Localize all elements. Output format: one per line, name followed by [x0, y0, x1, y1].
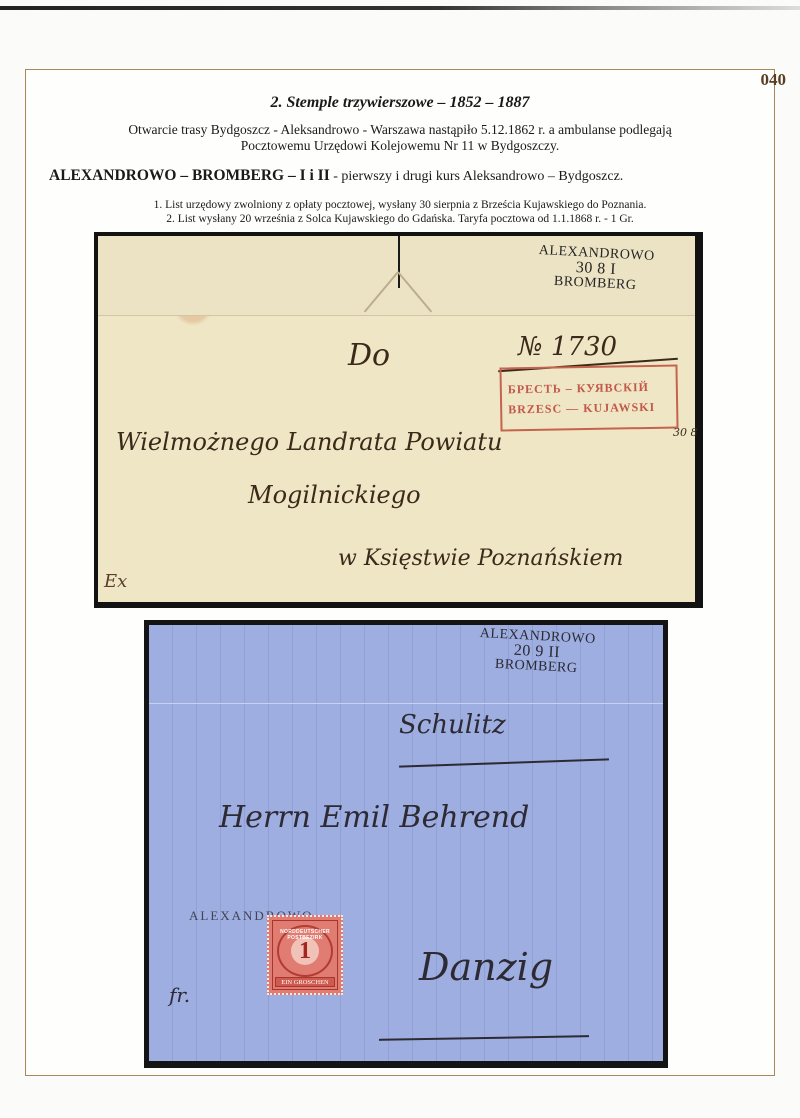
route-description: - pierwszy i drugi kurs Aleksandrowo – B… — [330, 169, 624, 184]
handwritten-origin: Schulitz — [399, 710, 506, 740]
stamp-ring: NORDDEUTSCHER POSTBEZIRK 1 — [277, 925, 333, 977]
handwritten-do: Do — [348, 338, 390, 373]
intro-text: Otwarcie trasy Bydgoszcz - Aleksandrowo … — [0, 122, 800, 154]
fold-line — [149, 703, 663, 704]
note-2: 2. List wysłany 20 września z Solca Kuja… — [0, 212, 800, 226]
top-rule — [0, 6, 800, 10]
section-title: 2. Stemple trzywierszowe – 1852 – 1887 — [0, 94, 800, 112]
route-heading: ALEXANDROWO – BROMBERG – I i II - pierws… — [49, 167, 623, 185]
intro-line-2: Pocztowemu Urzędowi Kolejowemu Nr 11 w B… — [0, 138, 800, 154]
route-name: ALEXANDROWO – BROMBERG – I i II — [49, 167, 330, 184]
handwritten-city: Danzig — [419, 945, 553, 989]
page-number: 040 — [761, 70, 787, 90]
handwritten-recipient: Herrn Emil Behrend — [219, 800, 529, 835]
address-line-3: w Księstwie Poznańskiem — [338, 546, 623, 571]
cover-2-letter-to-danzig: ALEXANDROWO 20 9 II BROMBERG Schulitz He… — [149, 625, 663, 1061]
stamp-denomination: EIN GROSCHEN — [275, 977, 335, 987]
side-note: 30 8 — [673, 426, 698, 439]
stamp-ring-text: NORDDEUTSCHER POSTBEZIRK — [279, 929, 331, 941]
railway-cancel-stamp: ALEXANDROWO 20 9 II BROMBERG — [478, 626, 596, 677]
underline — [379, 1035, 589, 1040]
flap-notch — [398, 236, 400, 288]
underline — [399, 758, 609, 767]
boxed-town-cancel: БРЕСТЬ – КУЯВСКІЙ BRZESC — KUJAWSKI — [499, 364, 678, 431]
handwritten-franco: fr. — [169, 983, 190, 1007]
cover-notes: 1. List urzędowy zwolniony z opłaty pocz… — [0, 198, 800, 226]
intro-line-1: Otwarcie trasy Bydgoszcz - Aleksandrowo … — [0, 122, 800, 138]
stamp-frame: NORDDEUTSCHER POSTBEZIRK 1 EIN GROSCHEN — [272, 920, 338, 990]
cover-1-official-letter: ALEXANDROWO 30 8 I BROMBERG Do № 1730 БР… — [98, 236, 695, 602]
address-line-2: Mogilnickiego — [248, 481, 421, 509]
stamp-value: 1 — [291, 937, 319, 965]
corner-note: Ex — [104, 571, 127, 592]
boxed-cancel-line-2: BRZESC — KUJAWSKI — [508, 397, 670, 420]
note-1: 1. List urzędowy zwolniony z opłaty pocz… — [0, 198, 800, 212]
postage-stamp: NORDDEUTSCHER POSTBEZIRK 1 EIN GROSCHEN — [267, 915, 343, 995]
boxed-cancel-line-1: БРЕСТЬ – КУЯВСКІЙ — [508, 377, 670, 400]
railway-cancel-stamp: ALEXANDROWO 30 8 I BROMBERG — [537, 243, 655, 294]
handwritten-number: № 1730 — [518, 332, 617, 362]
address-line-1: Wielmożnego Landrata Powiatu — [116, 428, 502, 456]
